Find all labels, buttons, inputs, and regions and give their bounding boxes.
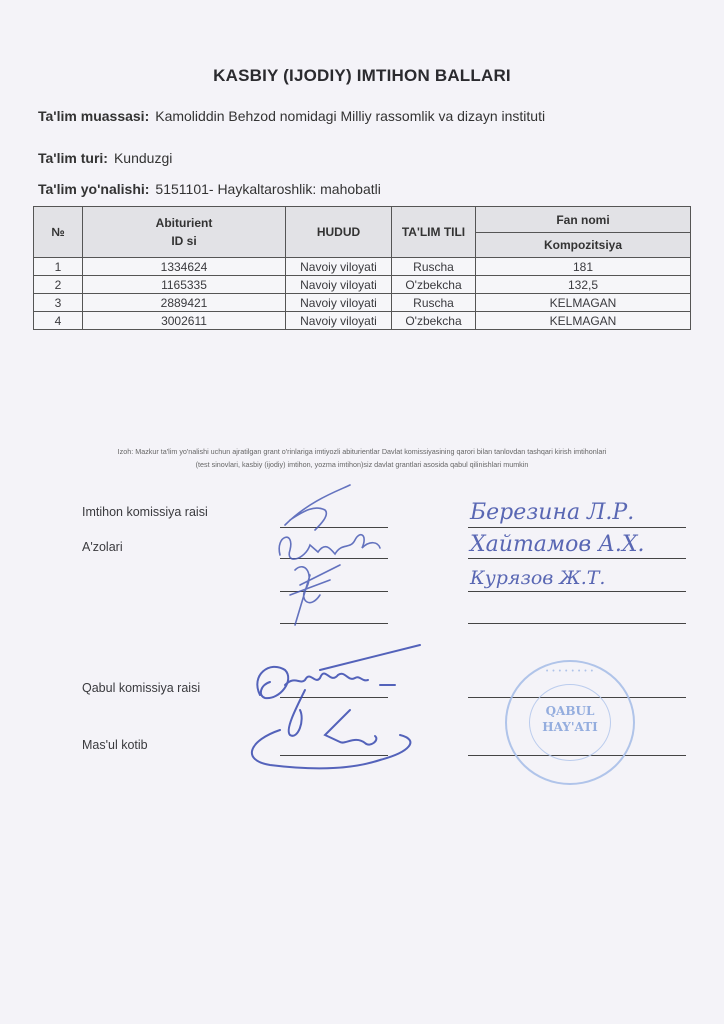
cell-language: O'zbekcha [392, 276, 476, 294]
name-line [468, 558, 686, 559]
specialty-value: 5151101- Haykaltaroshlik: mahobatli [155, 181, 380, 197]
admission-stamp-icon: • • • • • • • • QABUL HAY'ATI [505, 660, 635, 785]
document-title: KASBIY (IJODIY) IMTIHON BALLARI [0, 66, 724, 86]
cell-no: 4 [34, 312, 83, 330]
signature-scribble-icon [270, 480, 410, 630]
handwritten-name-3: Курязов Ж.Т. [470, 567, 605, 589]
footnote: Izoh: Mazkur ta'lim yo'nalishi uchun ajr… [20, 445, 704, 471]
cell-no: 3 [34, 294, 83, 312]
table-row: 2 1165335 Navoiy viloyati O'zbekcha 132,… [34, 276, 691, 294]
study-form-line: Ta'lim turi:Kunduzgi [38, 150, 172, 166]
stamp-text-line2: HAY'ATI [507, 720, 633, 734]
institution-line: Ta'lim muassasi:Kamoliddin Behzod nomida… [38, 108, 545, 124]
table-row: 4 3002611 Navoiy viloyati O'zbekcha KELM… [34, 312, 691, 330]
cell-region: Navoiy viloyati [286, 258, 392, 276]
cell-region: Navoiy viloyati [286, 294, 392, 312]
cell-no: 1 [34, 258, 83, 276]
cell-language: O'zbekcha [392, 312, 476, 330]
exam-chair-label: Imtihon komissiya raisi [82, 505, 208, 519]
header-id-line2: ID si [83, 234, 285, 248]
stamp-ring: • • • • • • • • [507, 668, 633, 675]
cell-score: 181 [476, 258, 691, 276]
footnote-line1: Izoh: Mazkur ta'lim yo'nalishi uchun ajr… [20, 445, 704, 458]
scores-table: № Abiturient ID si HUDUD TA'LIM TILI Fan… [33, 206, 691, 330]
table-row: 1 1334624 Navoiy viloyati Ruscha 181 [34, 258, 691, 276]
cell-id: 1165335 [83, 276, 286, 294]
cell-id: 3002611 [83, 312, 286, 330]
study-form-value: Kunduzgi [114, 150, 172, 166]
header-subject: Kompozitsiya [476, 233, 691, 258]
signature-scribble-icon [230, 640, 450, 780]
institution-label: Ta'lim muassasi: [38, 108, 149, 124]
cell-id: 2889421 [83, 294, 286, 312]
table-row: 3 2889421 Navoiy viloyati Ruscha KELMAGA… [34, 294, 691, 312]
handwritten-name-2: Хайтамов А.Х. [470, 532, 645, 557]
specialty-line: Ta'lim yo'nalishi:5151101- Haykaltaroshl… [38, 181, 381, 197]
header-id-line1: Abiturient [83, 216, 285, 230]
cell-score: KELMAGAN [476, 294, 691, 312]
footnote-line2: (test sinovlari, kasbiy (ijodiy) imtihon… [20, 458, 704, 471]
cell-score: 132,5 [476, 276, 691, 294]
header-region: HUDUD [286, 207, 392, 258]
header-no: № [34, 207, 83, 258]
members-label: A'zolari [82, 540, 123, 554]
institution-value: Kamoliddin Behzod nomidagi Milliy rassom… [155, 108, 545, 124]
header-subject-group: Fan nomi [476, 207, 691, 233]
cell-score: KELMAGAN [476, 312, 691, 330]
name-line [468, 527, 686, 528]
name-line [468, 623, 686, 624]
study-form-label: Ta'lim turi: [38, 150, 108, 166]
secretary-label: Mas'ul kotib [82, 738, 148, 752]
admission-chair-label: Qabul komissiya raisi [82, 681, 200, 695]
specialty-label: Ta'lim yo'nalishi: [38, 181, 149, 197]
cell-language: Ruscha [392, 258, 476, 276]
cell-language: Ruscha [392, 294, 476, 312]
cell-region: Navoiy viloyati [286, 312, 392, 330]
cell-no: 2 [34, 276, 83, 294]
cell-region: Navoiy viloyati [286, 276, 392, 294]
cell-id: 1334624 [83, 258, 286, 276]
stamp-text-line1: QABUL [507, 704, 633, 718]
header-language: TA'LIM TILI [392, 207, 476, 258]
name-line [468, 591, 686, 592]
handwritten-name-1: Березина Л.Р. [470, 500, 634, 525]
header-applicant-id: Abiturient ID si [83, 207, 286, 258]
